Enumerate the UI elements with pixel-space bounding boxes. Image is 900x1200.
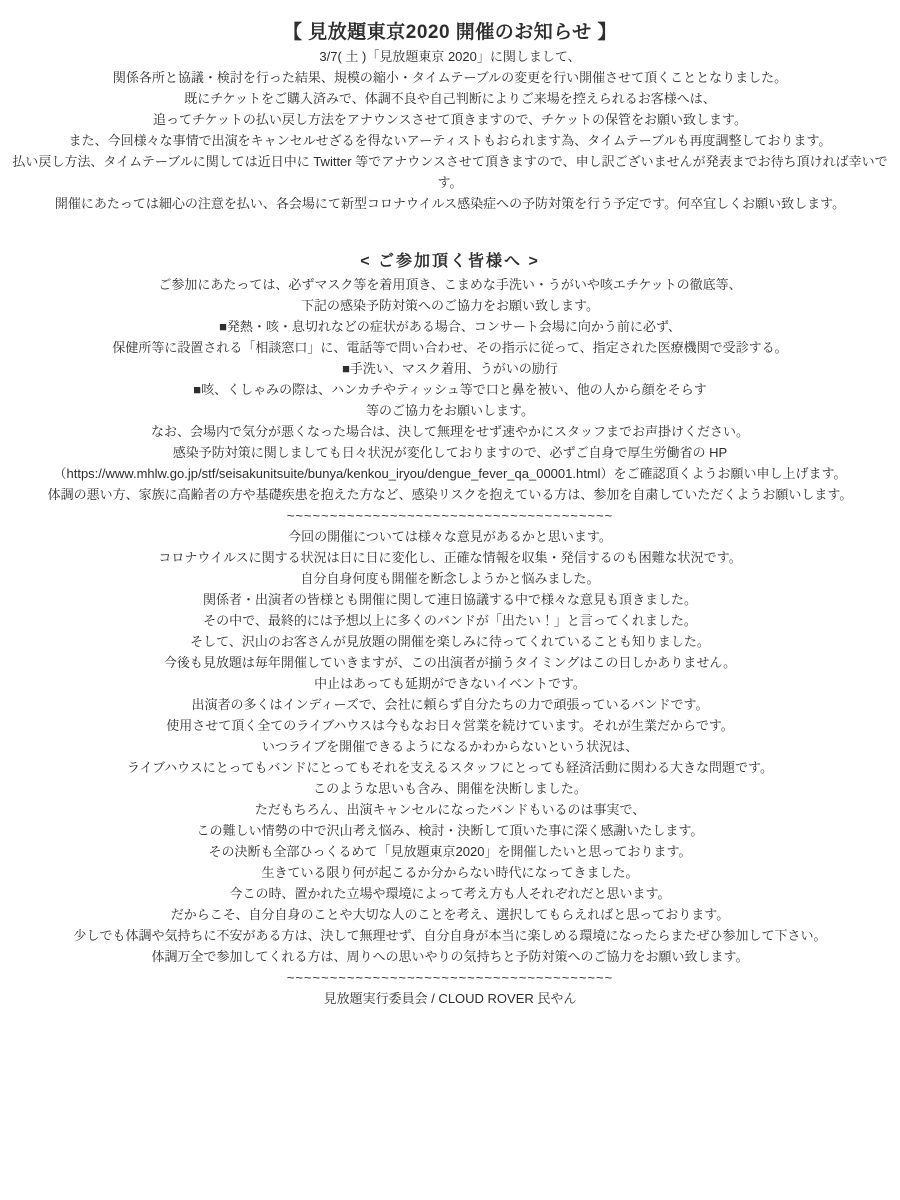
bullet-list-prevention-measures: ■発熱・咳・息切れなどの症状がある場合、コンサート会場に向かう前に必ず、 保健所…: [10, 316, 890, 400]
paragraph-event-change-notice: 3/7( 土 )「見放題東京 2020」に関しまして、 関係各所と協議・検討を行…: [10, 46, 890, 88]
paragraph-mhlw-url-notice: 感染予防対策に関しましても日々状況が変化しておりますので、必ずご自身で厚生労働省…: [10, 442, 890, 505]
document-body: 【 見放題東京2020 開催のお知らせ 】 3/7( 土 )「見放題東京 202…: [10, 0, 890, 1009]
tilde-divider-top: ~~~~~~~~~~~~~~~~~~~~~~~~~~~~~~~~~~~~~~: [10, 505, 890, 526]
paragraph-cooperation-request: 等のご協力をお願いします。 なお、会場内で気分が悪くなった場合は、決して無理をせ…: [10, 400, 890, 442]
paragraph-final-request: 少しでも体調や気持ちに不安がある方は、決して無理せず、自分自身が本当に楽しめる環…: [10, 925, 890, 967]
announcement-document: 【 見放題東京2020 開催のお知らせ 】 3/7( 土 )「見放題東京 202…: [0, 0, 900, 1200]
paragraph-mask-request: ご参加にあたっては、必ずマスク等を着用頂き、こまめな手洗い・うがいや咳エチケット…: [10, 274, 890, 316]
paragraph-cancelled-bands-gratitude: ただもちろん、出演キャンセルになったバンドもいるのは事実で、 この難しい情勢の中…: [10, 799, 890, 862]
section-heading-attendees: < ご参加頂く皆様へ >: [10, 250, 890, 274]
paragraph-ticket-refund-notice: 既にチケットをご購入済みで、体調不良や自己判断によりご来場を控えられるお客様へは…: [10, 88, 890, 130]
paragraph-personal-choice: 生きている限り何が起こるか分からない時代になってきました。 今この時、置かれた立…: [10, 862, 890, 925]
paragraph-livehouse-situation: 出演者の多くはインディーズで、会社に頼らず自分たちの力で頑張っているバンドです。…: [10, 694, 890, 799]
tilde-divider-bottom: ~~~~~~~~~~~~~~~~~~~~~~~~~~~~~~~~~~~~~~: [10, 967, 890, 988]
announcement-title: 【 見放題東京2020 開催のお知らせ 】: [10, 20, 890, 46]
paragraph-timetable-adjustment: また、今回様々な事情で出演をキャンセルせざるを得ないアーティストもおられます為、…: [10, 130, 890, 214]
signature: 見放題実行委員会 / CLOUD ROVER 民やん: [10, 988, 890, 1009]
paragraph-decision-background: 今回の開催については様々な意見があるかと思います。 コロナウイルスに関する状況は…: [10, 526, 890, 694]
